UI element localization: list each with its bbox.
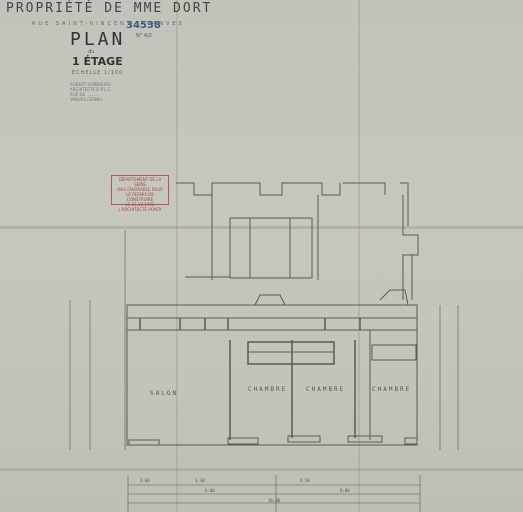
blueprint-sheet: PROPRIÉTÉ DE MME DORT RUE SAINT-VINCENT … <box>0 0 523 512</box>
dimension-text: 3.30 <box>195 478 205 483</box>
dimension-text: 4.50 <box>300 478 310 483</box>
dimension-text: 6.00 <box>205 488 215 493</box>
dimension-text: 16.00 <box>268 498 280 503</box>
dimension-text: 3.60 <box>140 478 150 483</box>
room-label-chambre: CHAMBRE <box>248 386 287 393</box>
room-label-chambre: CHAMBRE <box>372 386 411 393</box>
room-label-salon: SALON <box>150 390 178 397</box>
floor-plan-drawing <box>0 0 523 512</box>
dimension-text: 9.00 <box>340 488 350 493</box>
room-label-chambre: CHAMBRE <box>306 386 345 393</box>
